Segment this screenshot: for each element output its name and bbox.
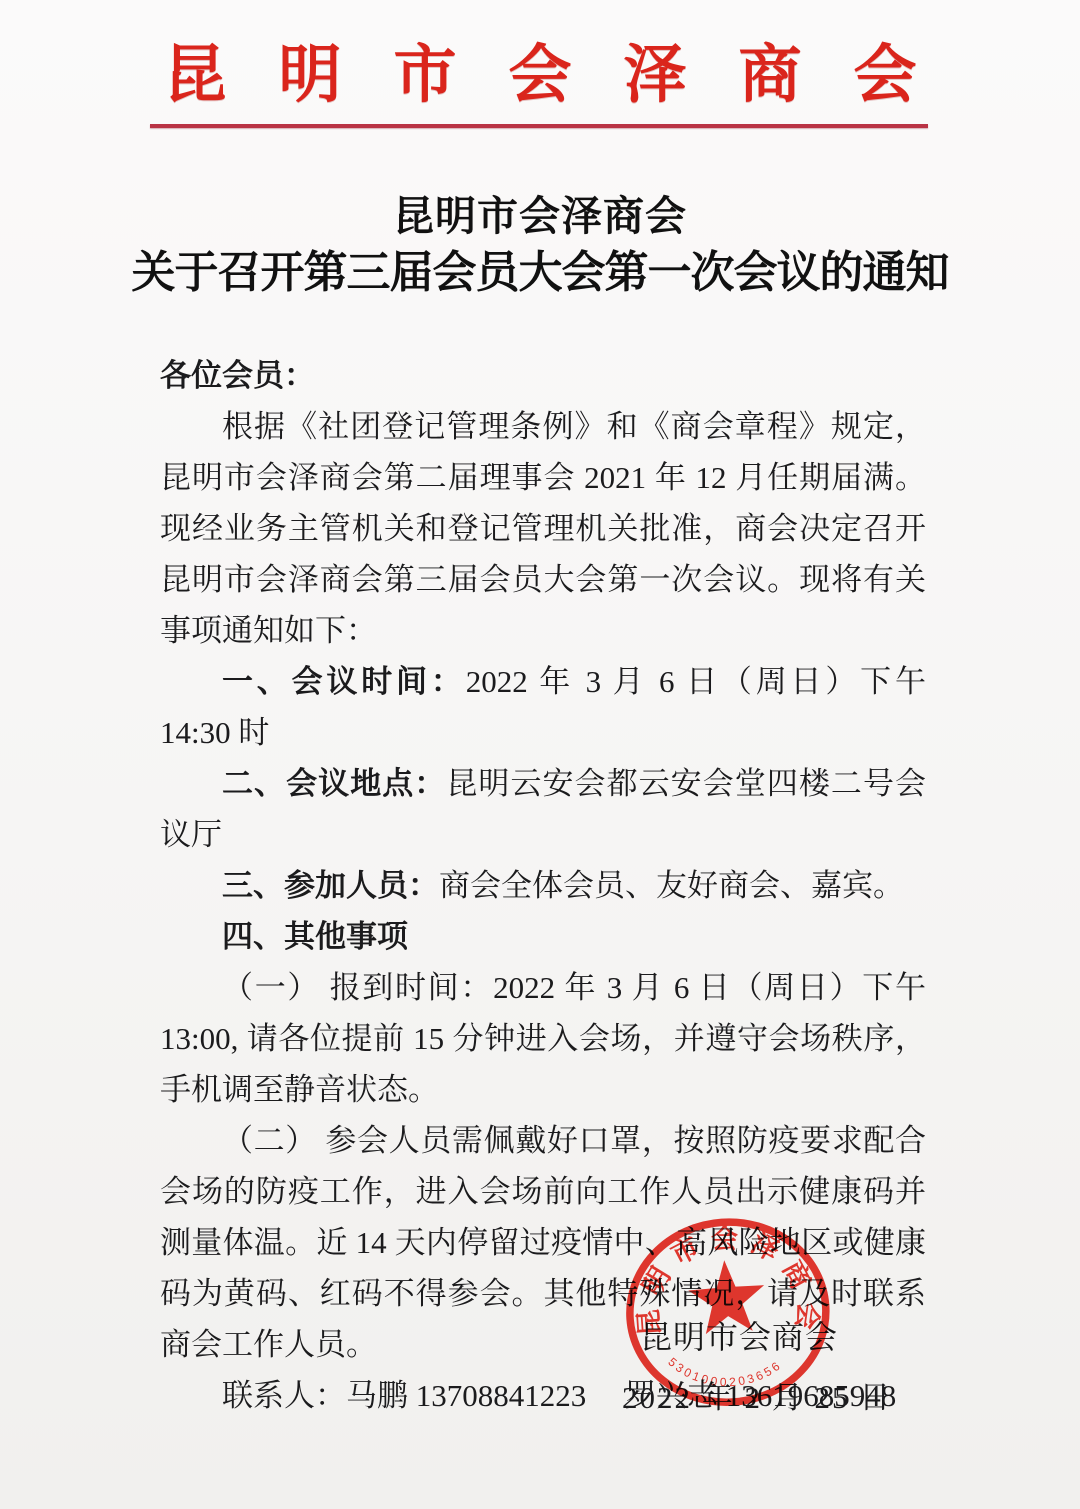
list-item-4: 四、其他事项 [160, 911, 926, 962]
intro-paragraph: 根据《社团登记管理条例》和《商会章程》规定，昆明市会泽商会第二届理事会 2021… [160, 401, 926, 656]
list-item-1: 一、会议时间：2022 年 3 月 6 日（周日）下午 14:30 时 [160, 656, 926, 758]
salutation: 各位会员： [160, 350, 926, 401]
signature-org-name: 昆明市会商会 [640, 1312, 838, 1358]
title-line-2: 关于召开第三届会员大会第一次会议的通知 [0, 244, 1080, 302]
document-page: 昆明市会泽商会 昆明市会泽商会 关于召开第三届会员大会第一次会议的通知 各位会员… [0, 0, 1080, 1509]
letterhead-rule [150, 124, 928, 128]
letterhead-org-name: 昆明市会泽商会 [0, 24, 1080, 115]
document-title: 昆明市会泽商会 关于召开第三届会员大会第一次会议的通知 [0, 188, 1080, 302]
list-item-3: 三、参加人员：商会全体会员、友好商会、嘉宾。 [160, 860, 926, 911]
document-date: 2022 年 2 月 25 日 [622, 1372, 892, 1417]
title-line-1: 昆明市会泽商会 [0, 188, 1080, 244]
item-2-label: 二、会议地点： [222, 766, 446, 801]
item-3-text: 商会全体会员、友好商会、嘉宾。 [439, 868, 904, 903]
item-4-label: 四、其他事项 [222, 919, 408, 954]
list-item-2: 二、会议地点：昆明云安会都云安会堂四楼二号会议厅 [160, 758, 926, 860]
item-3-label: 三、参加人员： [222, 868, 439, 903]
sub-item-1: （一） 报到时间：2022 年 3 月 6 日（周日）下午 13:00, 请各位… [160, 962, 926, 1115]
document-body: 各位会员： 根据《社团登记管理条例》和《商会章程》规定，昆明市会泽商会第二届理事… [160, 350, 926, 1421]
item-1-label: 一、会议时间： [222, 664, 466, 699]
